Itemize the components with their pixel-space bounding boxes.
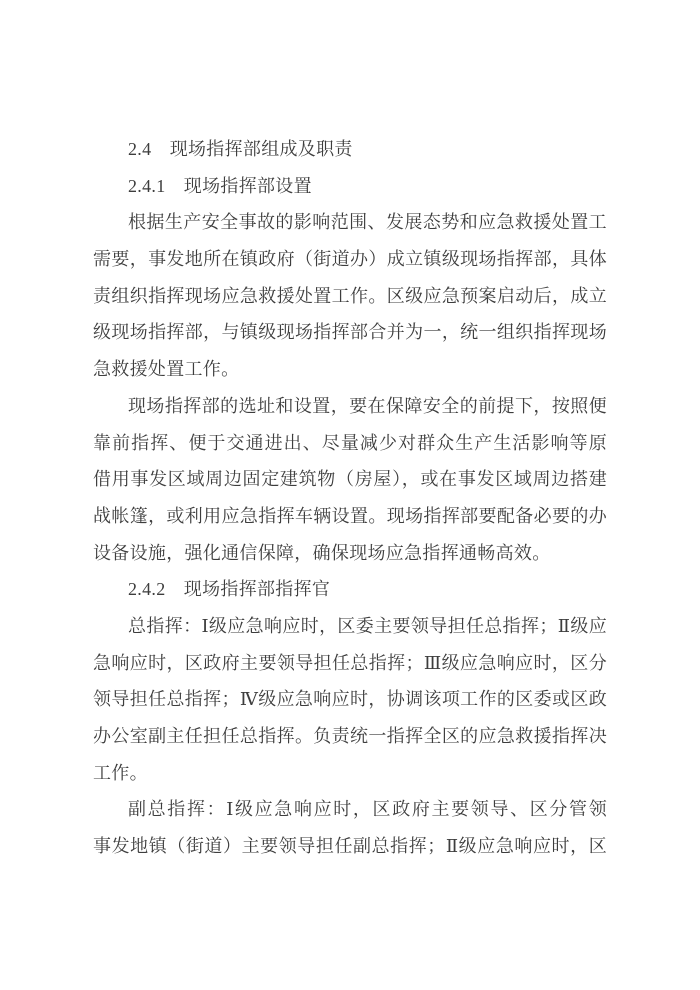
paragraph-deputy-commander-line: 事发地镇（街道）主要领导担任副总指挥；Ⅱ级应急响应时，区分 — [93, 828, 607, 865]
paragraph-site-selection-line: 现场指挥部的选址和设置，要在保障安全的前提下，按照便于 — [93, 388, 607, 425]
paragraph-command-post-setup-line: 级现场指挥部，与镇级现场指挥部合并为一，统一组织指挥现场应 — [93, 314, 607, 351]
paragraph-deputy-commander-line: 副总指挥：Ⅰ级应急响应时，区政府主要领导、区分管领导、 — [93, 791, 607, 828]
paragraph-command-post-setup-line: 责组织指挥现场应急救援处置工作。区级应急预案启动后，成立区 — [93, 278, 607, 315]
paragraph-command-post-setup-line: 需要，事发地所在镇政府（街道办）成立镇级现场指挥部，具体负 — [93, 241, 607, 278]
paragraph-site-selection-line: 借用事发区域周边固定建筑物（房屋），或在事发区域周边搭建野 — [93, 461, 607, 498]
section-heading-2-4: 2.4 现场指挥部组成及职责 — [93, 131, 607, 168]
paragraph-site-selection-line: 靠前指挥、便于交通进出、尽量减少对群众生产生活影响等原则， — [93, 425, 607, 462]
paragraph-command-post-setup-line: 急救援处置工作。 — [93, 351, 607, 388]
document-text-body: 2.4 现场指挥部组成及职责2.4.1 现场指挥部设置根据生产安全事故的影响范围… — [93, 131, 607, 865]
paragraph-chief-commander-line: 工作。 — [93, 755, 607, 792]
section-heading-2-4-2: 2.4.2 现场指挥部指挥官 — [93, 571, 607, 608]
section-heading-2-4-1: 2.4.1 现场指挥部设置 — [93, 168, 607, 205]
paragraph-chief-commander-line: 领导担任总指挥；Ⅳ级应急响应时，协调该项工作的区委或区政府 — [93, 681, 607, 718]
paragraph-chief-commander-line: 总指挥：Ⅰ级应急响应时，区委主要领导担任总指挥；Ⅱ级应 — [93, 608, 607, 645]
paragraph-chief-commander-line: 办公室副主任担任总指挥。负责统一指挥全区的应急救援指挥决策 — [93, 718, 607, 755]
paragraph-site-selection-line: 设备设施，强化通信保障，确保现场应急指挥通畅高效。 — [93, 535, 607, 572]
document-page: 2.4 现场指挥部组成及职责2.4.1 现场指挥部设置根据生产安全事故的影响范围… — [0, 0, 700, 990]
paragraph-site-selection-line: 战帐篷，或利用应急指挥车辆设置。现场指挥部要配备必要的办公 — [93, 498, 607, 535]
paragraph-command-post-setup-line: 根据生产安全事故的影响范围、发展态势和应急救援处置工作 — [93, 204, 607, 241]
paragraph-chief-commander-line: 急响应时，区政府主要领导担任总指挥；Ⅲ级应急响应时，区分管 — [93, 645, 607, 682]
